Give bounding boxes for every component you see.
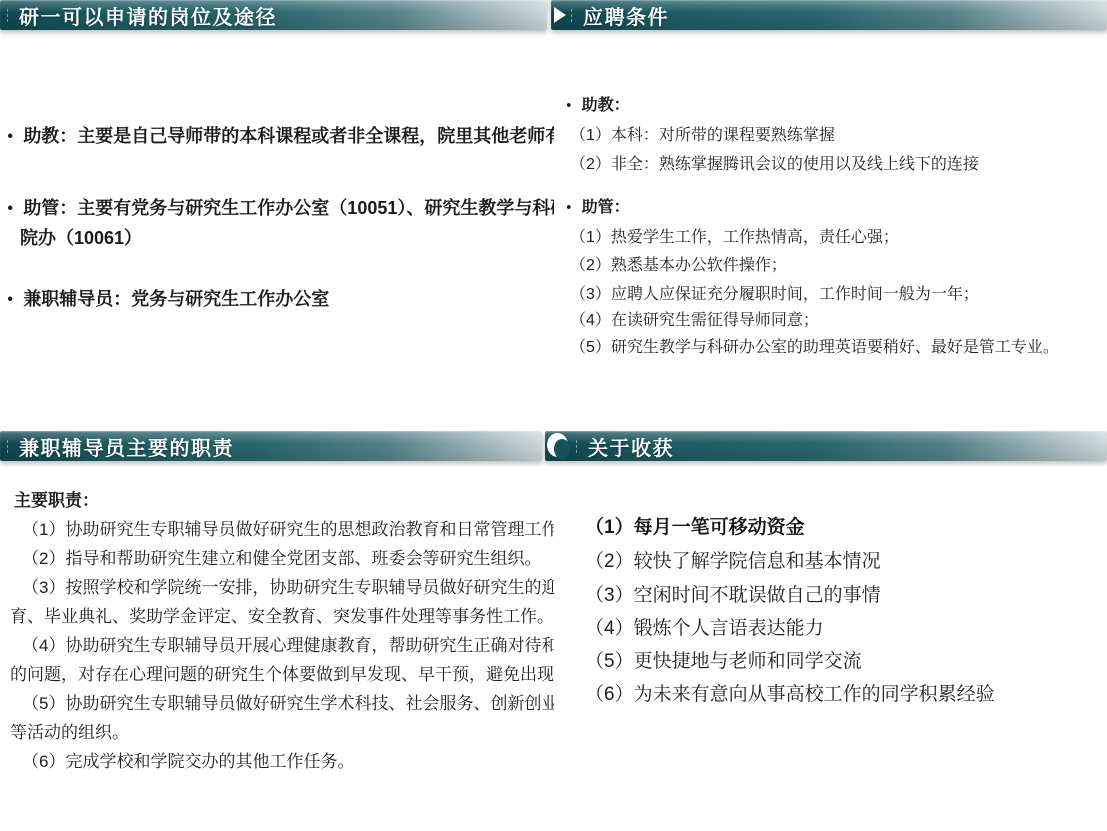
line-text: 助管：主要有党务与研究生工作办公室（10051）、研究生教学与科研办公室（ [23, 198, 554, 218]
line-text: （6）为未来有意向从事高校工作的同学积累经验 [585, 684, 995, 705]
text-line: 等活动的组织。 [10, 722, 129, 745]
text-line: （3）空闲时间不耽误做自己的事情 [585, 583, 881, 609]
text-line: •助教：主要是自己导师带的本科课程或者非全课程，院里其他老师有需要的也 [7, 124, 554, 148]
bullet-icon: • [566, 97, 571, 115]
text-line: 院办（10061） [20, 226, 142, 250]
line-text: 助教：主要是自己导师带的本科课程或者非全课程，院里其他老师有需要的也 [23, 126, 554, 146]
line-text: 的问题，对存在心理问题的研究生个体要做到早发现、早干预，避免出现心理危机 [10, 665, 554, 684]
line-text: （3）按照学校和学院统一安排，协助研究生专职辅导员做好研究生的迎新工作 [22, 578, 554, 597]
text-line: （5）协助研究生专职辅导员做好研究生学术科技、社会服务、创新创业、学术 [22, 693, 554, 716]
line-text: 兼职辅导员：党务与研究生工作办公室 [23, 289, 329, 309]
slide: 研一可以申请的岗位及途径 应聘条件 兼职辅导员主要的职责 关于收获 •助教：主要… [0, 0, 1107, 831]
panel-requirements-title: 应聘条件 [583, 1, 669, 30]
panel-gains-title: 关于收获 [588, 432, 674, 461]
line-text: （1）每月一笔可移动资金 [585, 517, 805, 538]
text-line: •助管：主要有党务与研究生工作办公室（10051）、研究生教学与科研办公室（ [7, 196, 554, 220]
line-text: 主要职责： [14, 491, 99, 510]
text-line: （1）协助研究生专职辅导员做好研究生的思想政治教育和日常管理工作。 [22, 519, 554, 542]
line-text: （2）指导和帮助研究生建立和健全党团支部、班委会等研究生组织。 [22, 549, 541, 568]
text-line: （4）在读研究生需征得导师同意； [570, 310, 819, 332]
line-text: 助教： [582, 97, 630, 114]
text-line: 主要职责： [14, 490, 99, 513]
text-line: （6）完成学校和学院交办的其他工作任务。 [22, 751, 354, 774]
line-text: （3）空闲时间不耽误做自己的事情 [585, 585, 881, 606]
bullet-icon: • [7, 289, 12, 310]
line-text: （5）协助研究生专职辅导员做好研究生学术科技、社会服务、创新创业、学术 [22, 694, 554, 713]
line-text: （4）协助研究生专职辅导员开展心理健康教育，帮助研究生正确对待和处理生 [22, 636, 554, 655]
text-line: （2）熟悉基本办公软件操作； [570, 255, 787, 277]
text-line: （5）研究生教学与科研办公室的助理英语要稍好、最好是管工专业。 [570, 337, 1059, 359]
text-line: （1）每月一笔可移动资金 [585, 515, 805, 541]
text-line: （6）为未来有意向从事高校工作的同学积累经验 [585, 682, 995, 708]
text-line: 的问题，对存在心理问题的研究生个体要做到早发现、早干预，避免出现心理危机 [10, 664, 554, 687]
text-line: （2）指导和帮助研究生建立和健全党团支部、班委会等研究生组织。 [22, 548, 541, 571]
text-line: （4）协助研究生专职辅导员开展心理健康教育，帮助研究生正确对待和处理生 [22, 635, 554, 658]
line-text: （4）在读研究生需征得导师同意； [570, 312, 819, 329]
text-line: （2）较快了解学院信息和基本情况 [585, 549, 881, 575]
line-text: （5）研究生教学与科研办公室的助理英语要稍好、最好是管工专业。 [570, 339, 1059, 356]
line-text: （5）更快捷地与老师和同学交流 [585, 651, 862, 672]
line-text: （4）锻炼个人言语表达能力 [585, 618, 824, 639]
text-line: •助教： [566, 95, 630, 117]
left-column: •助教：主要是自己导师带的本科课程或者非全课程，院里其他老师有需要的也 •助管：… [0, 0, 554, 831]
line-text: （1）协助研究生专职辅导员做好研究生的思想政治教育和日常管理工作。 [22, 520, 554, 539]
panel-gains-header: 关于收获 [545, 431, 1107, 461]
line-text: 育、毕业典礼、奖助学金评定、安全教育、突发事件处理等事务性工作。 [10, 607, 554, 626]
text-line: 育、毕业典礼、奖助学金评定、安全教育、突发事件处理等事务性工作。 [10, 606, 554, 629]
line-text: （3）应聘人应保证充分履职时间，工作时间一般为一年； [570, 286, 979, 303]
line-text: （1）热爱学生工作，工作热情高，责任心强； [570, 229, 899, 246]
text-line: （1）本科：对所带的课程要熟练掌握 [570, 125, 835, 147]
line-text: （1）本科：对所带的课程要熟练掌握 [570, 127, 835, 144]
arrow-right-icon [554, 7, 566, 23]
line-text: （2）较快了解学院信息和基本情况 [585, 551, 881, 572]
line-text: （6）完成学校和学院交办的其他工作任务。 [22, 752, 354, 771]
bullet-icon: • [7, 126, 12, 147]
panel-requirements-header: 应聘条件 [551, 0, 1107, 30]
line-text: （2）非全：熟练掌握腾讯会议的使用以及线上线下的连接 [570, 156, 979, 173]
line-text: 院办（10061） [20, 228, 142, 248]
text-line: （3）按照学校和学院统一安排，协助研究生专职辅导员做好研究生的迎新工作 [22, 577, 554, 600]
line-text: 等活动的组织。 [10, 723, 129, 742]
bullet-icon: • [7, 198, 12, 219]
text-line: （5）更快捷地与老师和同学交流 [585, 649, 862, 675]
line-text: 助管： [582, 199, 630, 216]
line-text: （2）熟悉基本办公软件操作； [570, 257, 787, 274]
bullet-icon: • [566, 199, 571, 217]
header-divider-icon [571, 9, 572, 22]
text-line: •兼职辅导员：党务与研究生工作办公室 [7, 287, 329, 311]
header-divider-icon [576, 440, 577, 453]
text-line: （2）非全：熟练掌握腾讯会议的使用以及线上线下的连接 [570, 154, 979, 176]
text-line: •助管： [566, 197, 630, 219]
text-line: （1）热爱学生工作，工作热情高，责任心强； [570, 227, 899, 249]
text-line: （3）应聘人应保证充分履职时间，工作时间一般为一年； [570, 284, 979, 306]
text-line: （4）锻炼个人言语表达能力 [585, 616, 824, 642]
